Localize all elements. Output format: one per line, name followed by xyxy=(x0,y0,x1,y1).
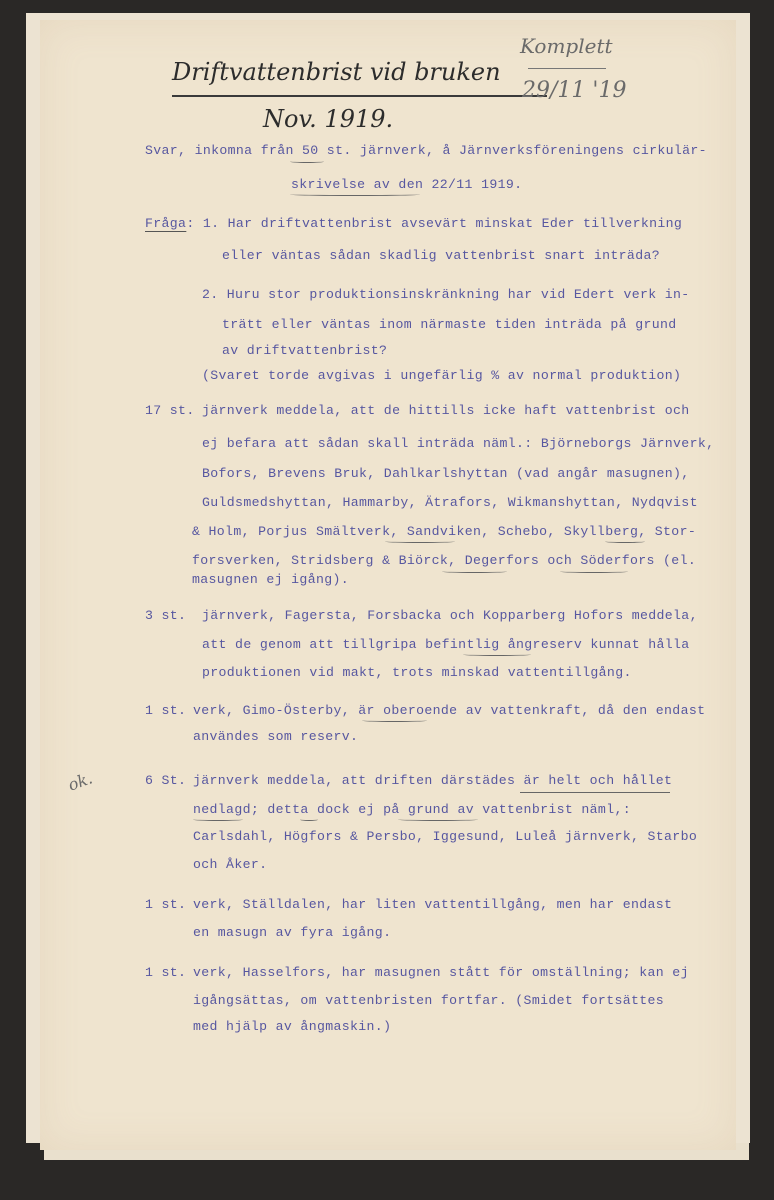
answer-line: Carlsdahl, Högfors & Persbo, Iggesund, L… xyxy=(193,829,697,844)
answer-line: järnverk meddela, att de hittills icke h… xyxy=(202,403,690,418)
stamp-date: 29/11 '19 xyxy=(522,78,626,103)
answer-line: igångsättas, om vattenbristen fortfar. (… xyxy=(193,993,664,1008)
answer-count: 1 st. xyxy=(145,703,186,718)
question-label: Fråga: 1. Har driftvattenbrist avsevärt … xyxy=(145,216,682,231)
document-title: Driftvattenbrist vid bruken xyxy=(172,58,501,86)
q2-line-3: av driftvattenbrist? xyxy=(222,343,387,358)
underline-nedlagd xyxy=(193,818,243,821)
underline-oberoende xyxy=(362,719,427,722)
q1-line-2: eller väntas sådan skadlig vattenbrist s… xyxy=(222,248,660,263)
document-subtitle: Nov. 1919. xyxy=(263,105,393,133)
underline-skrivelse xyxy=(290,193,420,196)
answer-count: 17 st. xyxy=(145,403,195,418)
q1-line-1: : 1. Har driftvattenbrist avsevärt minsk… xyxy=(186,216,682,231)
intro-line-2: skrivelse av den 22/11 1919. xyxy=(291,177,522,192)
answer-count: 1 st. xyxy=(145,965,186,980)
underline-angreserv xyxy=(463,653,531,656)
answer-line: Guldsmedshyttan, Hammarby, Ätrafors, Wik… xyxy=(202,495,698,510)
underline-degerfors xyxy=(442,570,507,573)
underline-ej xyxy=(300,818,318,821)
underline-helt-och-hallet xyxy=(520,790,670,793)
answer-line: verk, Hasselfors, har masugnen stått för… xyxy=(193,965,689,980)
answer-line: och Åker. xyxy=(193,857,267,872)
underline-vattenbrist xyxy=(398,818,478,821)
underline-50st xyxy=(290,160,324,163)
answer-line: forsverken, Stridsberg & Biörck, Degerfo… xyxy=(192,553,696,568)
answer-line: järnverk, Fagersta, Forsbacka och Koppar… xyxy=(202,608,698,623)
answer-line: & Holm, Porjus Smältverk, Sandviken, Sch… xyxy=(192,524,696,539)
answer-line: att de genom att tillgripa befintlig ång… xyxy=(202,637,690,652)
answer-line: masugnen ej igång). xyxy=(192,572,349,587)
answer-line: användes som reserv. xyxy=(193,729,358,744)
answer-line: ej befara att sådan skall inträda näml.:… xyxy=(202,436,714,451)
q2-line-2: trätt eller väntas inom närmaste tiden i… xyxy=(222,317,677,332)
underline-soderfors xyxy=(560,570,628,573)
fraga-label: Fråga xyxy=(145,216,186,231)
underline-stor xyxy=(605,540,645,543)
q2-line-1: 2. Huru stor produktionsinskränkning har… xyxy=(202,287,690,302)
answer-count: 3 st. xyxy=(145,608,186,623)
intro-line-1: Svar, inkomna från 50 st. järnverk, å Jä… xyxy=(145,143,707,158)
stamp-komplett: Komplett xyxy=(520,34,613,58)
answer-line: nedlagd; detta dock ej på grund av vatte… xyxy=(193,802,631,817)
answer-line: verk, Gimo-Österby, är oberoende av vatt… xyxy=(193,703,705,718)
stamp-underline xyxy=(528,68,606,69)
q2-note: (Svaret torde avgivas i ungefärlig % av … xyxy=(202,368,681,383)
answer-line: en masugn av fyra igång. xyxy=(193,925,391,940)
answer-line: verk, Ställdalen, har liten vattentillgå… xyxy=(193,897,672,912)
answer-count: 6 St. xyxy=(145,773,186,788)
answer-line: med hjälp av ångmaskin.) xyxy=(193,1019,391,1034)
answer-count: 1 st. xyxy=(145,897,186,912)
underline-sandviken xyxy=(385,540,455,543)
answer-line: Bofors, Brevens Bruk, Dahlkarlshyttan (v… xyxy=(202,466,690,481)
answer-line: produktionen vid makt, trots minskad vat… xyxy=(202,665,632,680)
answer-line: järnverk meddela, att driften därstädes … xyxy=(193,773,672,788)
title-underline xyxy=(172,95,547,97)
